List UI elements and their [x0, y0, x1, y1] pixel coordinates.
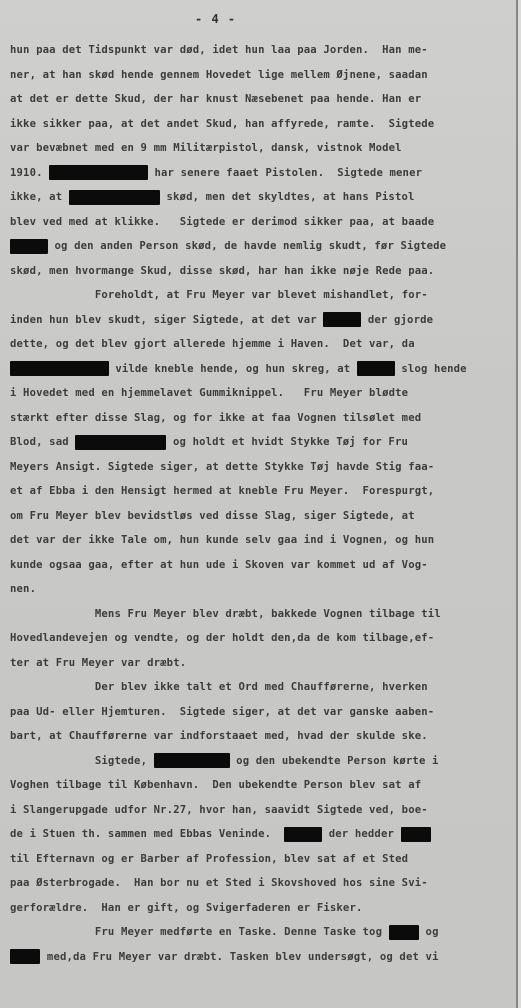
line-text: Mens Fru Meyer blev dræbt, bakkede Vogne… — [95, 608, 441, 620]
line-text: ner, at han skød hende gennem Hovedet li… — [10, 69, 428, 81]
text-line: paa Østerbrogade. Han bor nu et Sted i S… — [10, 871, 520, 896]
line-text: at det er dette Skud, der har knust Næse… — [10, 93, 421, 105]
line-text: dette, og det blev gjort allerede hjemme… — [10, 338, 415, 350]
line-text: Meyers Ansigt. Sigtede siger, at dette S… — [10, 461, 434, 473]
line-text: ikke, at — [10, 191, 69, 203]
redaction-bar — [69, 190, 160, 205]
line-text: Hovedlandevejen og vendte, og der holdt … — [10, 632, 434, 644]
line-text: Foreholdt, at Fru Meyer var blevet misha… — [95, 289, 428, 301]
line-text: og den anden Person skød, de havde nemli… — [48, 240, 446, 252]
line-text: der gjorde — [361, 314, 433, 326]
text-line: i Hovedet med en hjemmelavet Gummiknippe… — [10, 381, 520, 406]
text-line: ikke, at skød, men det skyldtes, at hans… — [10, 185, 520, 210]
line-text: skød, men hvormange Skud, disse skød, ha… — [10, 265, 434, 277]
text-line: Sigtede, og den ubekendte Person kørte i — [10, 749, 520, 774]
line-text: Sigtede, — [95, 755, 154, 767]
line-text: var bevæbnet med en 9 mm Militærpistol, … — [10, 142, 402, 154]
line-text: bart, at Chaufførerne var indforstaaet m… — [10, 730, 428, 742]
text-line: et af Ebba i den Hensigt hermed at knebl… — [10, 479, 520, 504]
text-line: at det er dette Skud, der har knust Næse… — [10, 87, 520, 112]
redaction-bar — [154, 753, 230, 768]
text-line: ter at Fru Meyer var dræbt. — [10, 651, 520, 676]
text-line: ner, at han skød hende gennem Hovedet li… — [10, 63, 520, 88]
line-text: blev ved med at klikke. Sigtede er derim… — [10, 216, 434, 228]
line-text: har senere faaet Pistolen. Sigtede mener — [148, 167, 422, 179]
text-line: ikke sikker paa, at det andet Skud, han … — [10, 112, 520, 137]
line-text: kunde ogsaa gaa, efter at hun ude i Skov… — [10, 559, 428, 571]
line-text: gerforældre. Han er gift, og Svigerfader… — [10, 902, 363, 914]
text-line: Fru Meyer medførte en Taske. Denne Taske… — [10, 920, 520, 945]
text-line: Mens Fru Meyer blev dræbt, bakkede Vogne… — [10, 602, 520, 627]
line-text: Voghen tilbage til København. Den ubeken… — [10, 779, 421, 791]
redaction-bar — [10, 239, 48, 254]
line-text: med,da Fru Meyer var dræbt. Tasken blev … — [40, 951, 438, 963]
line-text: det var der ikke Tale om, hun kunde selv… — [10, 534, 434, 546]
line-text: et af Ebba i den Hensigt hermed at knebl… — [10, 485, 434, 497]
line-text: om Fru Meyer blev bevidstløs ved disse S… — [10, 510, 415, 522]
line-text: hun paa det Tidspunkt var død, idet hun … — [10, 44, 428, 56]
text-line: kunde ogsaa gaa, efter at hun ude i Skov… — [10, 553, 520, 578]
line-text: stærkt efter disse Slag, og for ikke at … — [10, 412, 421, 424]
text-line: paa Ud- eller Hjemturen. Sigtede siger, … — [10, 700, 520, 725]
text-line: om Fru Meyer blev bevidstløs ved disse S… — [10, 504, 520, 529]
line-text: 1910. — [10, 167, 49, 179]
line-text: til Efternavn og er Barber af Profession… — [10, 853, 408, 865]
redaction-bar — [357, 361, 395, 376]
text-line: Der blev ikke talt et Ord med Chauffører… — [10, 675, 520, 700]
redaction-bar — [10, 361, 109, 376]
line-text: inden hun blev skudt, siger Sigtede, at … — [10, 314, 323, 326]
text-line: de i Stuen th. sammen med Ebbas Veninde.… — [10, 822, 520, 847]
text-line: blev ved med at klikke. Sigtede er derim… — [10, 210, 520, 235]
text-line: til Efternavn og er Barber af Profession… — [10, 847, 520, 872]
line-text: vilde kneble hende, og hun skreg, at — [109, 363, 357, 375]
redaction-bar — [284, 827, 322, 842]
line-text: Der blev ikke talt et Ord med Chauffører… — [95, 681, 428, 693]
redaction-bar — [401, 827, 431, 842]
redaction-bar — [49, 165, 148, 180]
redaction-bar — [75, 435, 166, 450]
line-text: paa Østerbrogade. Han bor nu et Sted i S… — [10, 877, 428, 889]
redaction-bar — [323, 312, 361, 327]
line-text: de i Stuen th. sammen med Ebbas Veninde. — [10, 828, 284, 840]
text-line: det var der ikke Tale om, hun kunde selv… — [10, 528, 520, 553]
text-line: var bevæbnet med en 9 mm Militærpistol, … — [10, 136, 520, 161]
line-text: ter at Fru Meyer var dræbt. — [10, 657, 186, 669]
typewritten-body: hun paa det Tidspunkt var død, idet hun … — [10, 38, 520, 969]
line-text: nen. — [10, 583, 36, 595]
text-line: Voghen tilbage til København. Den ubeken… — [10, 773, 520, 798]
line-text: Blod, sad — [10, 436, 75, 448]
line-text: og — [419, 926, 439, 938]
text-line: inden hun blev skudt, siger Sigtede, at … — [10, 308, 520, 333]
document-page: - 4 - hun paa det Tidspunkt var død, ide… — [0, 0, 521, 1008]
redaction-bar — [389, 925, 419, 940]
text-line: med,da Fru Meyer var dræbt. Tasken blev … — [10, 945, 520, 970]
text-line: vilde kneble hende, og hun skreg, at slo… — [10, 357, 520, 382]
line-text: paa Ud- eller Hjemturen. Sigtede siger, … — [10, 706, 434, 718]
text-line: Foreholdt, at Fru Meyer var blevet misha… — [10, 283, 520, 308]
text-line: i Slangerupgade udfor Nr.27, hvor han, s… — [10, 798, 520, 823]
text-line: gerforældre. Han er gift, og Svigerfader… — [10, 896, 520, 921]
line-text: i Slangerupgade udfor Nr.27, hvor han, s… — [10, 804, 428, 816]
line-text: og holdt et hvidt Stykke Tøj for Fru — [166, 436, 408, 448]
text-line: dette, og det blev gjort allerede hjemme… — [10, 332, 520, 357]
text-line: og den anden Person skød, de havde nemli… — [10, 234, 520, 259]
line-text: ikke sikker paa, at det andet Skud, han … — [10, 118, 434, 130]
text-line: hun paa det Tidspunkt var død, idet hun … — [10, 38, 520, 63]
line-text: og den ubekendte Person kørte i — [230, 755, 439, 767]
text-line: bart, at Chaufførerne var indforstaaet m… — [10, 724, 520, 749]
text-line: nen. — [10, 577, 520, 602]
text-line: Blod, sad og holdt et hvidt Stykke Tøj f… — [10, 430, 520, 455]
text-line: Hovedlandevejen og vendte, og der holdt … — [10, 626, 520, 651]
text-line: 1910. har senere faaet Pistolen. Sigtede… — [10, 161, 520, 186]
line-text: i Hovedet med en hjemmelavet Gummiknippe… — [10, 387, 408, 399]
text-line: Meyers Ansigt. Sigtede siger, at dette S… — [10, 455, 520, 480]
page-number: - 4 - — [195, 12, 236, 26]
redaction-bar — [10, 949, 40, 964]
text-line: skød, men hvormange Skud, disse skød, ha… — [10, 259, 520, 284]
line-text: der hedder — [322, 828, 400, 840]
line-text: skød, men det skyldtes, at hans Pistol — [160, 191, 415, 203]
line-text: slog hende — [395, 363, 467, 375]
text-line: stærkt efter disse Slag, og for ikke at … — [10, 406, 520, 431]
line-text: Fru Meyer medførte en Taske. Denne Taske… — [95, 926, 389, 938]
